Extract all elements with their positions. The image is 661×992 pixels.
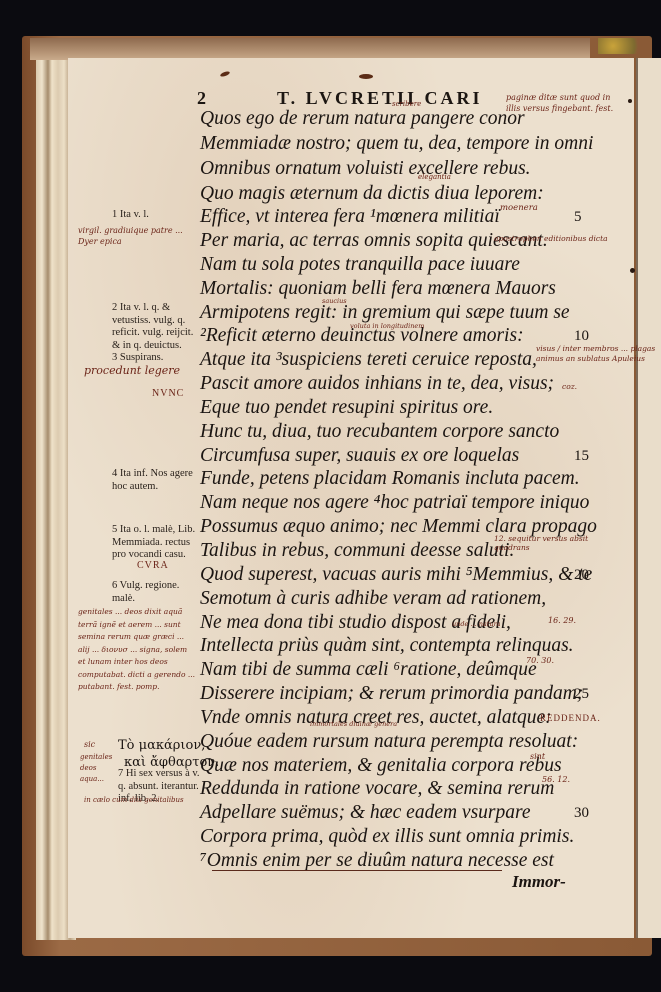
handwritten-note-sic: sic <box>84 740 95 749</box>
printed-note-3: 3 Suspirans. <box>112 352 204 365</box>
line-number-15: 15 <box>574 448 589 465</box>
handwritten-gloss-moenera: moenera <box>500 203 538 213</box>
handwritten-gloss-natura: unde ... natura <box>452 620 501 628</box>
ink-speck <box>630 268 635 273</box>
greek-quote-line-2: καὶ ἄφθαρτον. <box>124 755 219 770</box>
verse-line-9: Armipotens regit: in gremium qui sæpe tu… <box>200 302 570 324</box>
line-number-20: 20 <box>574 567 589 584</box>
verse-line-19: Talibus in rebus, communi deesse saluti. <box>200 540 514 562</box>
handwritten-note-genitales: genitales deos aqua... <box>80 752 120 785</box>
verse-line-27: Quóue eadem rursum natura perempta resol… <box>200 731 578 753</box>
verse-line-2: Memmiadæ nostro; quem tu, dea, tempore i… <box>200 133 593 155</box>
handwritten-ref-56-12: 56. 12. <box>542 775 570 784</box>
verse-line-30: Adpellare suëmus; & hæc eadem vsurpare <box>200 802 531 824</box>
verse-line-17: Nam neque nos agere ⁴hoc patriaï tempore… <box>200 492 589 514</box>
line-number-10: 10 <box>574 328 589 345</box>
verse-line-23: Intellecta priùs quàm sint, contempta re… <box>200 635 574 657</box>
verse-line-13: Eque tuo pendet resupini spiritus ore. <box>200 397 493 419</box>
handwritten-gloss-sint: sint <box>530 752 545 761</box>
verse-line-16: Funde, petens placidam Romanis incluta p… <box>200 468 580 490</box>
book-top-edge <box>30 38 590 60</box>
handwritten-gloss-voluta: voluta in longitudinem <box>350 322 424 330</box>
verse-line-5: Effice, vt interea fera ¹mœnera militiaï <box>200 206 500 228</box>
verse-line-8: Mortalis: quoniam belli fera mœnera Mauo… <box>200 278 556 300</box>
handwritten-gloss-saucius: saucius <box>322 297 347 305</box>
line-number-5: 5 <box>574 209 582 226</box>
verse-line-20: Quod superest, vacuas auris mihi ⁵Memmiu… <box>200 564 592 586</box>
verse-line-15: Circumfusa super, suauis ex ore loquelas <box>200 445 519 467</box>
verse-line-24: Nam tibi de summa cæli ⁶ratione, deûmque <box>200 659 537 681</box>
verse-line-3: Omnibus ornatum voluisti excellere rebus… <box>200 158 531 180</box>
handwritten-caps-reddenda: REDDENDA. <box>540 713 601 723</box>
verse-line-29: Reddunda in ratione vocare, & semina rer… <box>200 778 554 800</box>
handwritten-note-apostrophe: apostrophen editionibus dicta <box>494 234 608 243</box>
handwritten-caps-cura: CVRA <box>137 560 169 571</box>
printed-note-5: 5 Ita o. l. malè, Lib. Memmiada. rectus … <box>112 524 204 562</box>
handwritten-note-top-right: paginæ ditæ sunt quod in illis versus fi… <box>506 92 626 114</box>
handwritten-gloss-elegantia: elegantia <box>418 173 451 181</box>
verse-line-11: Atque ita ³suspiciens tereti ceruice rep… <box>200 349 537 371</box>
handwritten-underline <box>212 870 502 871</box>
handwritten-note-visus: visus / inter membros ... plagas animus … <box>536 344 656 364</box>
ink-speck <box>628 99 632 103</box>
verse-line-32: ⁷Omnis enim per se diuûm natura necesse … <box>200 850 554 872</box>
verse-line-31: Corpora prima, quòd ex illis sunt omnia … <box>200 826 574 848</box>
verse-line-4: Quo magis æternum da dictis diua leporem… <box>200 183 544 205</box>
verse-line-21: Semotum à curis adhibe veram ad rationem… <box>200 588 546 610</box>
line-number-25: 25 <box>574 686 589 703</box>
ink-stain <box>359 74 373 79</box>
line-number-30: 30 <box>574 805 589 822</box>
handwritten-note-in-caelo: in cælo cum diis genitalibus <box>84 796 184 804</box>
printed-note-6: 6 Vulg. regione. malè. <box>112 580 204 605</box>
handwritten-gloss-scribere: scribere <box>392 100 421 108</box>
printed-note-1: 1 Ita v. l. <box>112 209 204 222</box>
handwritten-note-left-1: virgil. gradiuique patre ... Dyer epica <box>78 225 198 247</box>
verse-line-25: Disserere incipiam; & rerum primordia pa… <box>200 683 583 705</box>
folio-number: 2 <box>197 88 208 109</box>
handwritten-ref-coz: coz. <box>562 382 577 391</box>
verse-line-14: Hunc tu, diua, tuo recubantem corpore sa… <box>200 421 559 443</box>
printed-note-4: 4 Ita inf. Nos agere hoc autem. <box>112 468 204 493</box>
greek-quote-line-1: Τὸ μακάριον, <box>118 738 205 753</box>
handwritten-ref-70-30: 70. 30. <box>526 656 554 665</box>
verse-line-28: Quæ nos materiem, & genitalia corpora re… <box>200 755 562 777</box>
headband-thread <box>598 38 648 54</box>
handwritten-note-left-long: genitales ... deos dixit aquã terrã ignẽ… <box>78 606 196 694</box>
catchword: Immor- <box>512 872 566 892</box>
handwritten-gloss-immortales: immortales diuinæ genera <box>310 720 397 728</box>
verse-line-7: Nam tu sola potes tranquilla pace iuuare <box>200 254 520 276</box>
handwritten-note-saluti: 12. sequitur versus absit quadrans <box>494 534 594 552</box>
running-title: T. LVCRETII CARI <box>277 88 483 109</box>
handwritten-caps-nunc: NVNC <box>152 388 184 399</box>
printed-note-2: 2 Ita v. l. q. & vetustiss. vulg. q. ref… <box>112 302 204 352</box>
handwritten-note-procedunt: procedunt legere <box>84 364 180 377</box>
facing-page-edge <box>636 58 661 938</box>
verse-line-12: Pascit amore auidos inhians in te, dea, … <box>200 373 554 395</box>
verse-line-1: Quos ego de rerum natura pangere conor <box>200 108 525 130</box>
handwritten-ref-16-29: 16. 29. <box>548 616 576 625</box>
